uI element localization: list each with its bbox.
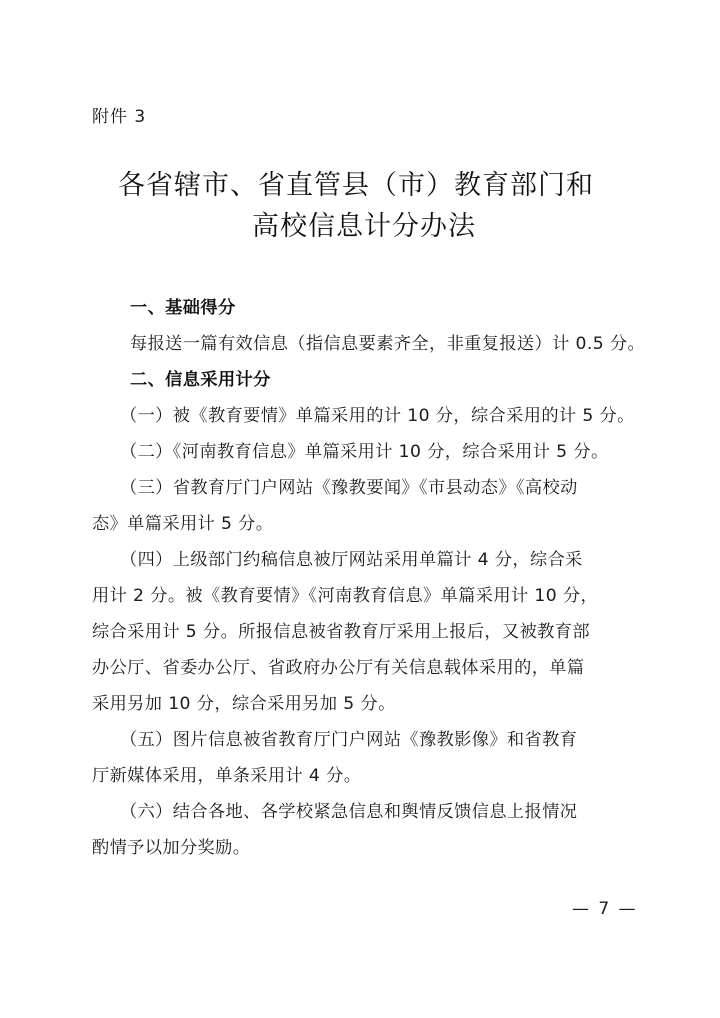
section-heading-adoption-score: 二、信息采用计分 [92,362,640,398]
paragraph-item-2: （二）《河南教育信息》单篇采用计 10 分，综合采用计 5 分。 [92,434,640,470]
document-body: 一、基础得分 每报送一篇有效信息（指信息要素齐全，非重复报送）计 0.5 分。 … [92,290,640,866]
document-page: 附件 3 各省辖市、省直管县（市）教育部门和 高校信息计分办法 一、基础得分 每… [0,0,720,1018]
paragraph-item-4-line-2: 用计 2 分。被《教育要情》《河南教育信息》单篇采用计 10 分， [92,578,640,614]
paragraph-item-6-line-2: 酌情予以加分奖励。 [92,830,640,866]
paragraph-item-6-line-1: （六）结合各地、各学校紧急信息和舆情反馈信息上报情况 [92,794,640,830]
paragraph-item-4-line-5: 采用另加 10 分，综合采用另加 5 分。 [92,686,640,722]
paragraph-item-3-line-2: 态》单篇采用计 5 分。 [92,506,640,542]
paragraph-item-3-line-1: （三）省教育厅门户网站《豫教要闻》《市县动态》《高校动 [92,470,640,506]
paragraph-item-4-line-4: 办公厅、省委办公厅、省政府办公厅有关信息载体采用的，单篇 [92,650,640,686]
document-title-line-2: 高校信息计分办法 [4,210,720,244]
page-number: — 7 — [572,899,638,919]
paragraph-item-4-line-1: （四）上级部门约稿信息被厅网站采用单篇计 4 分，综合采 [92,542,640,578]
paragraph-item-4-line-3: 综合采用计 5 分。所报信息被省教育厅采用上报后，又被教育部 [92,614,640,650]
attachment-label: 附件 3 [92,106,146,128]
paragraph-basic-score: 每报送一篇有效信息（指信息要素齐全，非重复报送）计 0.5 分。 [92,326,640,362]
section-heading-basic-score: 一、基础得分 [92,290,640,326]
paragraph-item-5-line-1: （五）图片信息被省教育厅门户网站《豫教影像》和省教育 [92,722,640,758]
paragraph-item-5-line-2: 厅新媒体采用，单条采用计 4 分。 [92,758,640,794]
paragraph-item-1: （一）被《教育要情》单篇采用的计 10 分，综合采用的计 5 分。 [92,398,640,434]
document-title-line-1: 各省辖市、省直管县（市）教育部门和 [0,169,716,203]
